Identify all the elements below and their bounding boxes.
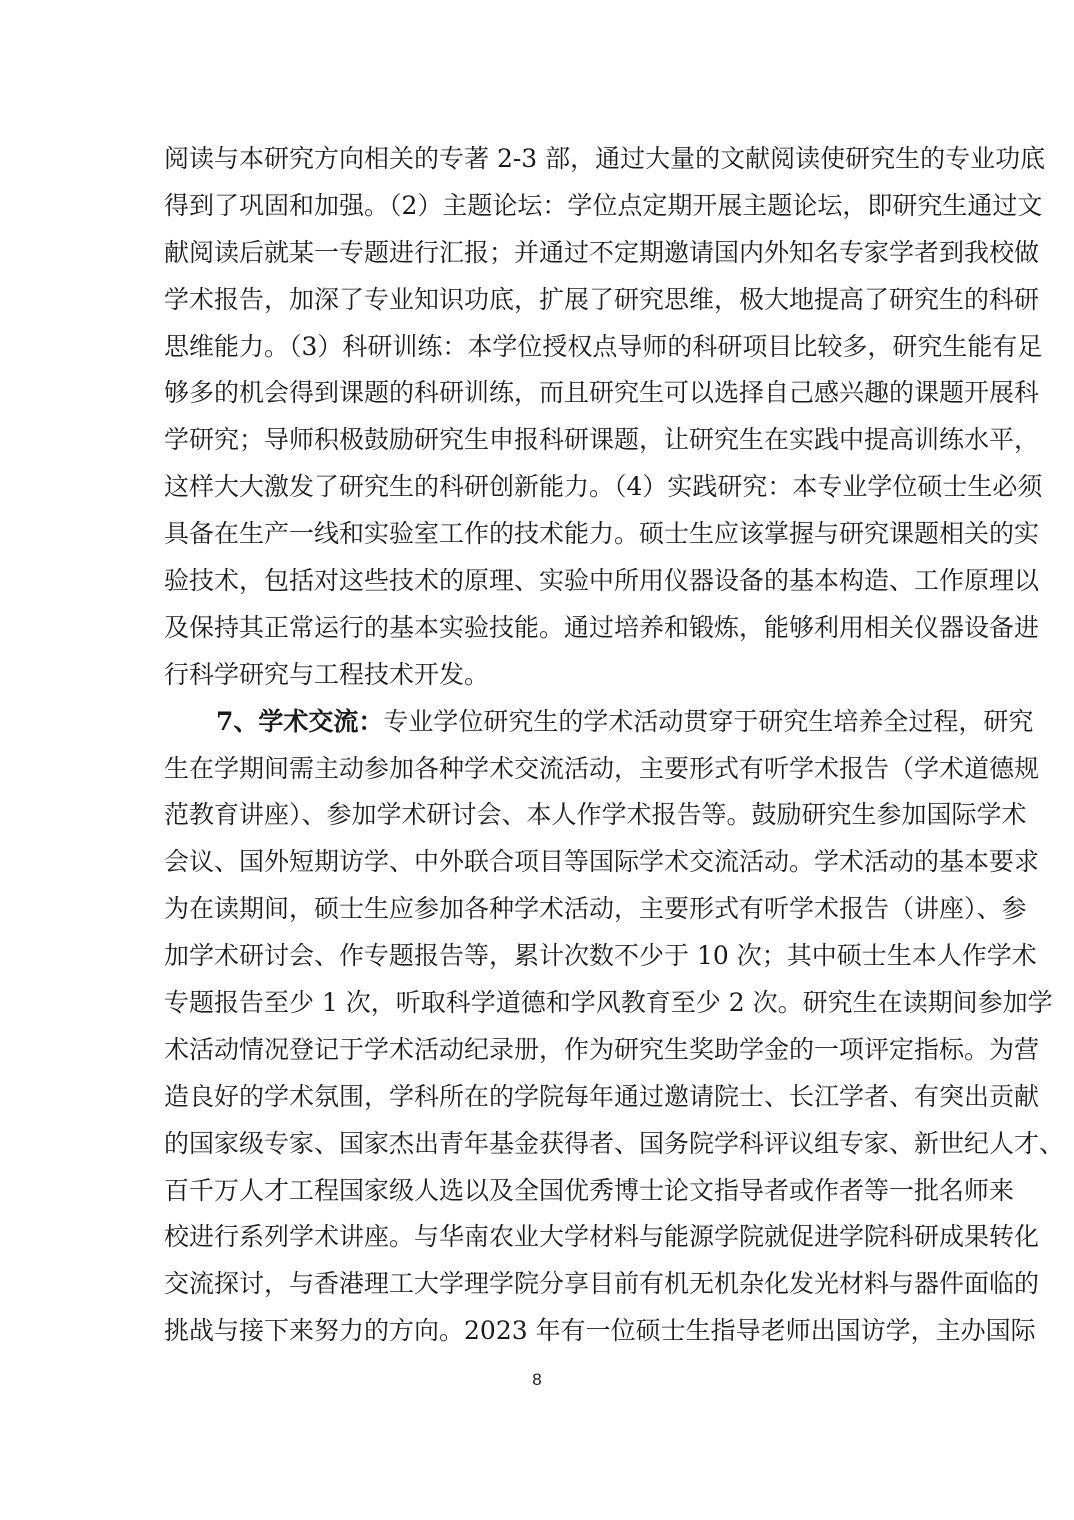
text-line: 得到了巩固和加强。（2）主题论坛：学位点定期开展主题论坛，即研究生通过文 <box>164 183 912 230</box>
text-line: 校进行系列学术讲座。与华南农业大学材料与能源学院就促进学院科研成果转化 <box>164 1214 912 1261</box>
page-number: 8 <box>0 1370 1074 1390</box>
section-heading-line: 7、学术交流：专业学位研究生的学术活动贯穿于研究生培养全过程，研究 <box>164 699 912 746</box>
text-line: 范教育讲座）、参加学术研讨会、本人作学术报告等。鼓励研究生参加国际学术 <box>164 792 912 839</box>
text-line: 交流探讨，与香港理工大学理学院分享目前有机无机杂化发光材料与器件面临的 <box>164 1261 912 1308</box>
text-run: 专业学位研究生的学术活动贯穿于研究生培养全过程，研究 <box>383 707 1033 736</box>
text-line: 及保持其正常运行的基本实验技能。通过培养和锻炼，能够利用相关仪器设备进 <box>164 605 912 652</box>
text-line: 为在读期间，硕士生应参加各种学术活动，主要形式有听学术报告（讲座）、参 <box>164 886 912 933</box>
text-line: 验技术，包括对这些技术的原理、实验中所用仪器设备的基本构造、工作原理以 <box>164 558 912 605</box>
text-line: 生在学期间需主动参加各种学术交流活动，主要形式有听学术报告（学术道德规 <box>164 746 912 793</box>
text-line: 造良好的学术氛围，学科所在的学院每年通过邀请院士、长江学者、有突出贡献 <box>164 1074 912 1121</box>
text-line: 这样大大激发了研究生的科研创新能力。（4）实践研究：本专业学位硕士生必须 <box>164 464 912 511</box>
text-line: 思维能力。（3）科研训练：本学位授权点导师的科研项目比较多，研究生能有足 <box>164 324 912 371</box>
text-line: 加学术研讨会、作专题报告等，累计次数不少于 10 次；其中硕士生本人作学术 <box>164 933 912 980</box>
text-line: 学术报告，加深了专业知识功底，扩展了研究思维，极大地提高了研究生的科研 <box>164 277 912 324</box>
text-line: 挑战与接下来努力的方向。2023 年有一位硕士生指导老师出国访学，主办国际 <box>164 1308 912 1355</box>
text-line: 术活动情况登记于学术活动纪录册，作为研究生奖助学金的一项评定指标。为营 <box>164 1027 912 1074</box>
text-line: 阅读与本研究方向相关的专著 2-3 部，通过大量的文献阅读使研究生的专业功底 <box>164 136 912 183</box>
text-line: 学研究；导师积极鼓励研究生申报科研课题，让研究生在实践中提高训练水平， <box>164 417 912 464</box>
document-page: 阅读与本研究方向相关的专著 2-3 部，通过大量的文献阅读使研究生的专业功底 得… <box>0 0 1074 1520</box>
text-line: 够多的机会得到课题的科研训练，而且研究生可以选择自己感兴趣的课题开展科 <box>164 370 912 417</box>
text-line: 专题报告至少 1 次，听取科学道德和学风教育至少 2 次。研究生在读期间参加学 <box>164 980 912 1027</box>
text-line: 具备在生产一线和实验室工作的技术能力。硕士生应该掌握与研究课题相关的实 <box>164 511 912 558</box>
text-line: 行科学研究与工程技术开发。 <box>164 652 912 699</box>
section-heading: 7、学术交流： <box>216 707 383 736</box>
body-text: 阅读与本研究方向相关的专著 2-3 部，通过大量的文献阅读使研究生的专业功底 得… <box>164 136 912 1355</box>
text-line: 百千万人才工程国家级人选以及全国优秀博士论文指导者或作者等一批名师来 <box>164 1168 912 1215</box>
text-line: 的国家级专家、国家杰出青年基金获得者、国务院学科评议组专家、新世纪人才、 <box>164 1121 912 1168</box>
text-line: 会议、国外短期访学、中外联合项目等国际学术交流活动。学术活动的基本要求 <box>164 839 912 886</box>
text-line: 献阅读后就某一专题进行汇报；并通过不定期邀请国内外知名专家学者到我校做 <box>164 230 912 277</box>
